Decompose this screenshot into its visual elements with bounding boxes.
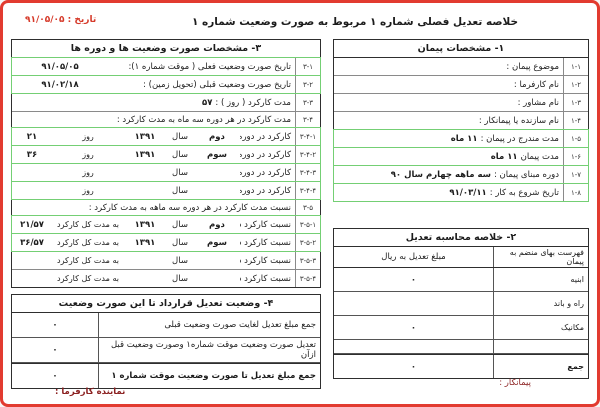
table-row: ۱-۳ نام مشاور :	[334, 94, 588, 112]
contract-specs-table: ۱- مشخصات پیمان ۱-۱ موضوع پیمان : ۱-۲ نا…	[333, 39, 589, 202]
period-row: ۳-۵-۲ نسبت کارکرد در دوره سه ماهه سوم سا…	[12, 234, 320, 252]
row-value: ۰	[12, 364, 99, 388]
unit-label: به مدت کل کارکرد	[52, 274, 124, 283]
employer-representative-signature-label: نماینده کارفرما :	[55, 387, 125, 397]
row-value: ۹۱/۰۲/۱۸	[12, 80, 108, 90]
row-value: ۲۱	[12, 132, 52, 142]
year-value: ۱۳۹۱	[124, 220, 166, 230]
row-value: سه ماهه چهارم سال ۹۰	[391, 170, 491, 180]
period-row: ۳-۴-۲ کارکرد در دوره سه ماهه سوم سال ۱۳۹…	[12, 146, 320, 164]
row-value: ۰	[334, 268, 493, 291]
row-number: ۳-۲	[295, 76, 320, 93]
table-row: ۳-۲ تاریخ صورت وضعیت قبلی (تحویل زمین) :…	[12, 76, 320, 94]
row-label: نسبت کارکرد در دوره سه ماهه	[240, 238, 295, 248]
table-row: ۱-۲ نام کارفرما :	[334, 76, 588, 94]
row-label: نسبت کارکرد در دوره سه ماهه	[240, 274, 295, 284]
year-value: ۱۳۹۱	[124, 150, 166, 160]
section4-title: ۴- وضعیت تعدیل قرارداد تا این صورت وضعیت	[12, 295, 320, 313]
row-label: تاریخ شروع به کار :۹۱/۰۳/۱۱	[334, 188, 563, 198]
row-label: کارکرد در دوره سه ماهه	[240, 168, 295, 178]
section3-title: ۳- مشخصات صورت وضعیت ها و دوره ها	[12, 40, 320, 58]
year-value: ۱۳۹۱	[124, 238, 166, 248]
contractor-signature-label: پیمانکار :	[499, 378, 531, 388]
row-value: ۱۱ ماه	[491, 152, 518, 162]
row-value: ۰	[334, 316, 493, 339]
row-value	[334, 292, 493, 315]
period-ordinal: سوم	[194, 238, 240, 248]
row-number: ۱-۳	[563, 94, 588, 111]
table-row: جمع مبلغ تعدیل لغایت صورت وضعیت قبلی ۰	[12, 313, 320, 338]
row-number: ۱-۴	[563, 112, 588, 129]
row-label: نام مشاور :	[334, 98, 563, 108]
left-column: ۳- مشخصات صورت وضعیت ها و دوره ها ۳-۱ تا…	[11, 39, 321, 389]
row-label: راه و باند	[493, 292, 588, 315]
period-ordinal: سوم	[194, 150, 240, 160]
row-value	[334, 340, 493, 353]
period-row: ۳-۴-۴ کارکرد در دوره سه ماهه سال روز	[12, 182, 320, 200]
unit-label: به مدت کل کارکرد	[52, 220, 124, 229]
row-value: ۳۶/۵۷	[12, 238, 52, 248]
table-row: ابنیه ۰	[334, 268, 588, 292]
row-value: ۳۶	[12, 150, 52, 160]
form-page: تاریخ : ۹۱/۰۵/۰۵ خلاصه تعدیل فصلی شماره …	[0, 0, 600, 407]
contract-adjustment-status-table: ۴- وضعیت تعدیل قرارداد تا این صورت وضعیت…	[11, 294, 321, 389]
row-value: ۱۱ ماه	[451, 134, 478, 144]
row-value: ۰	[12, 338, 99, 362]
table-subheader-row: ۳-۴ مدت کارکرد در هر دوره سه ماه به مدت …	[12, 112, 320, 128]
row-number: ۱-۶	[563, 148, 588, 165]
row-label: جمع	[493, 355, 588, 378]
row-label: مدت پیمان۱۱ ماه	[334, 152, 563, 162]
row-value: ۹۱/۰۵/۰۵	[12, 62, 108, 72]
period-row: ۳-۵-۱ نسبت کارکرد در دوره سه ماهه دوم سا…	[12, 216, 320, 234]
column-header-amount: مبلغ تعدیل به ریال	[334, 247, 493, 267]
row-number: ۱-۷	[563, 166, 588, 183]
year-label: سال	[166, 150, 194, 160]
row-value: ۰	[334, 355, 493, 378]
row-number: ۱-۲	[563, 76, 588, 93]
row-number: ۳-۵-۲	[295, 234, 320, 251]
row-label: جمع مبلغ تعدیل تا صورت وضعیت موقت شماره …	[99, 364, 320, 388]
year-label: سال	[166, 132, 194, 142]
row-label: کارکرد در دوره سه ماهه	[240, 150, 295, 160]
table-row: ۱-۱ موضوع پیمان :	[334, 58, 588, 76]
row-number: ۳-۵	[295, 200, 320, 215]
row-label: جمع مبلغ تعدیل لغایت صورت وضعیت قبلی	[99, 313, 320, 337]
row-label: مدت مندرج در پیمان :۱۱ ماه	[334, 134, 563, 144]
page-title: خلاصه تعدیل فصلی شماره ۱ مربوط به صورت و…	[181, 16, 529, 28]
table-row: ۱-۵ مدت مندرج در پیمان :۱۱ ماه	[334, 130, 588, 148]
section2-column-headers: فهرست بهای منضم به پیمان مبلغ تعدیل به ر…	[334, 247, 588, 268]
table-row	[334, 340, 588, 354]
year-label: سال	[166, 220, 194, 230]
row-label: موضوع پیمان :	[334, 62, 563, 72]
period-row: ۳-۴-۱ کارکرد در دوره سه ماهه دوم سال ۱۳۹…	[12, 128, 320, 146]
row-label: کارکرد در دوره سه ماهه	[240, 186, 295, 196]
adjustment-summary-table: ۲- خلاصه محاسبه تعدیل فهرست بهای منضم به…	[333, 228, 589, 379]
content-columns: ۱- مشخصات پیمان ۱-۱ موضوع پیمان : ۱-۲ نا…	[11, 39, 589, 389]
row-value: ۵۷	[202, 98, 212, 108]
year-label: سال	[166, 256, 194, 266]
row-number: ۳-۵-۱	[295, 216, 320, 233]
row-number: ۳-۴-۳	[295, 164, 320, 181]
unit-label: به مدت کل کارکرد	[52, 256, 124, 265]
unit-label: روز	[52, 132, 124, 141]
row-label: تاریخ صورت وضعیت فعلی ( موقت شماره ۱):	[108, 62, 295, 72]
period-row: ۳-۴-۳ کارکرد در دوره سه ماهه سال روز	[12, 164, 320, 182]
unit-label: روز	[52, 186, 124, 195]
period-row: ۳-۵-۴ نسبت کارکرد در دوره سه ماهه سال به…	[12, 270, 320, 287]
table-row: تعدیل صورت وضعیت موقت شماره۱ وصورت وضعیت…	[12, 338, 320, 363]
row-label: مکانیک	[493, 316, 588, 339]
period-ordinal: دوم	[194, 132, 240, 142]
table-row: ۱-۶ مدت پیمان۱۱ ماه	[334, 148, 588, 166]
table-row: مکانیک ۰	[334, 316, 588, 340]
row-number: ۳-۴-۴	[295, 182, 320, 199]
row-number: ۱-۱	[563, 58, 588, 75]
row-number: ۳-۴	[295, 112, 320, 127]
row-number: ۱-۵	[563, 130, 588, 147]
row-label: ابنیه	[493, 268, 588, 291]
date-label: تاریخ : ۹۱/۰۵/۰۵	[25, 15, 96, 25]
table-row: ۱-۸ تاریخ شروع به کار :۹۱/۰۳/۱۱	[334, 184, 588, 201]
table-row: ۱-۴ نام سازنده یا پیمانکار :	[334, 112, 588, 130]
year-label: سال	[166, 274, 194, 284]
row-number: ۳-۱	[295, 58, 320, 75]
unit-label: روز	[52, 168, 124, 177]
row-label: نام سازنده یا پیمانکار :	[334, 116, 563, 126]
period-ordinal: دوم	[194, 220, 240, 230]
section2-title: ۲- خلاصه محاسبه تعدیل	[334, 229, 588, 247]
row-label: نام کارفرما :	[334, 80, 563, 90]
table-row-total: جمع ۰	[334, 354, 588, 378]
row-value: ۹۱/۰۳/۱۱	[449, 188, 486, 198]
table-row-total: جمع مبلغ تعدیل تا صورت وضعیت موقت شماره …	[12, 363, 320, 388]
year-label: سال	[166, 186, 194, 196]
row-label: تعدیل صورت وضعیت موقت شماره۱ وصورت وضعیت…	[99, 338, 320, 362]
row-number: ۳-۴-۲	[295, 146, 320, 163]
row-number: ۱-۸	[563, 184, 588, 201]
row-label: نسبت مدت کارکرد در هر دوره سه ماهه به مد…	[12, 203, 295, 213]
right-column: ۱- مشخصات پیمان ۱-۱ موضوع پیمان : ۱-۲ نا…	[333, 39, 589, 379]
row-number: ۳-۳	[295, 94, 320, 111]
row-number: ۳-۵-۳	[295, 252, 320, 269]
unit-label: به مدت کل کارکرد	[52, 238, 124, 247]
row-label: مدت کارکرد در هر دوره سه ماه به مدت کارک…	[12, 115, 295, 125]
table-row: ۳-۳ مدت کارکرد ( روز ) :۵۷	[12, 94, 320, 112]
row-value: ۲۱/۵۷	[12, 220, 52, 230]
row-label: نسبت کارکرد در دوره سه ماهه	[240, 256, 295, 266]
row-label: کارکرد در دوره سه ماهه	[240, 132, 295, 142]
section1-title: ۱- مشخصات پیمان	[334, 40, 588, 58]
year-label: سال	[166, 168, 194, 178]
row-label: نسبت کارکرد در دوره سه ماهه	[240, 220, 295, 230]
row-number: ۳-۵-۴	[295, 270, 320, 287]
column-header-item: فهرست بهای منضم به پیمان	[493, 247, 588, 267]
table-row: ۱-۷ دوره مبنای پیمان :سه ماهه چهارم سال …	[334, 166, 588, 184]
table-subheader-row: ۳-۵ نسبت مدت کارکرد در هر دوره سه ماهه ب…	[12, 200, 320, 216]
year-value: ۱۳۹۱	[124, 132, 166, 142]
unit-label: روز	[52, 150, 124, 159]
table-row: ۳-۱ تاریخ صورت وضعیت فعلی ( موقت شماره ۱…	[12, 58, 320, 76]
row-number: ۳-۴-۱	[295, 128, 320, 145]
page-header: تاریخ : ۹۱/۰۵/۰۵ خلاصه تعدیل فصلی شماره …	[11, 9, 589, 39]
row-label: تاریخ صورت وضعیت قبلی (تحویل زمین) :	[108, 80, 295, 90]
period-row: ۳-۵-۳ نسبت کارکرد در دوره سه ماهه سال به…	[12, 252, 320, 270]
row-label: دوره مبنای پیمان :سه ماهه چهارم سال ۹۰	[334, 170, 563, 180]
statements-periods-table: ۳- مشخصات صورت وضعیت ها و دوره ها ۳-۱ تا…	[11, 39, 321, 288]
row-label: مدت کارکرد ( روز ) :۵۷	[12, 98, 295, 108]
row-value: ۰	[12, 313, 99, 337]
table-row: راه و باند	[334, 292, 588, 316]
row-label	[493, 340, 588, 353]
year-label: سال	[166, 238, 194, 248]
